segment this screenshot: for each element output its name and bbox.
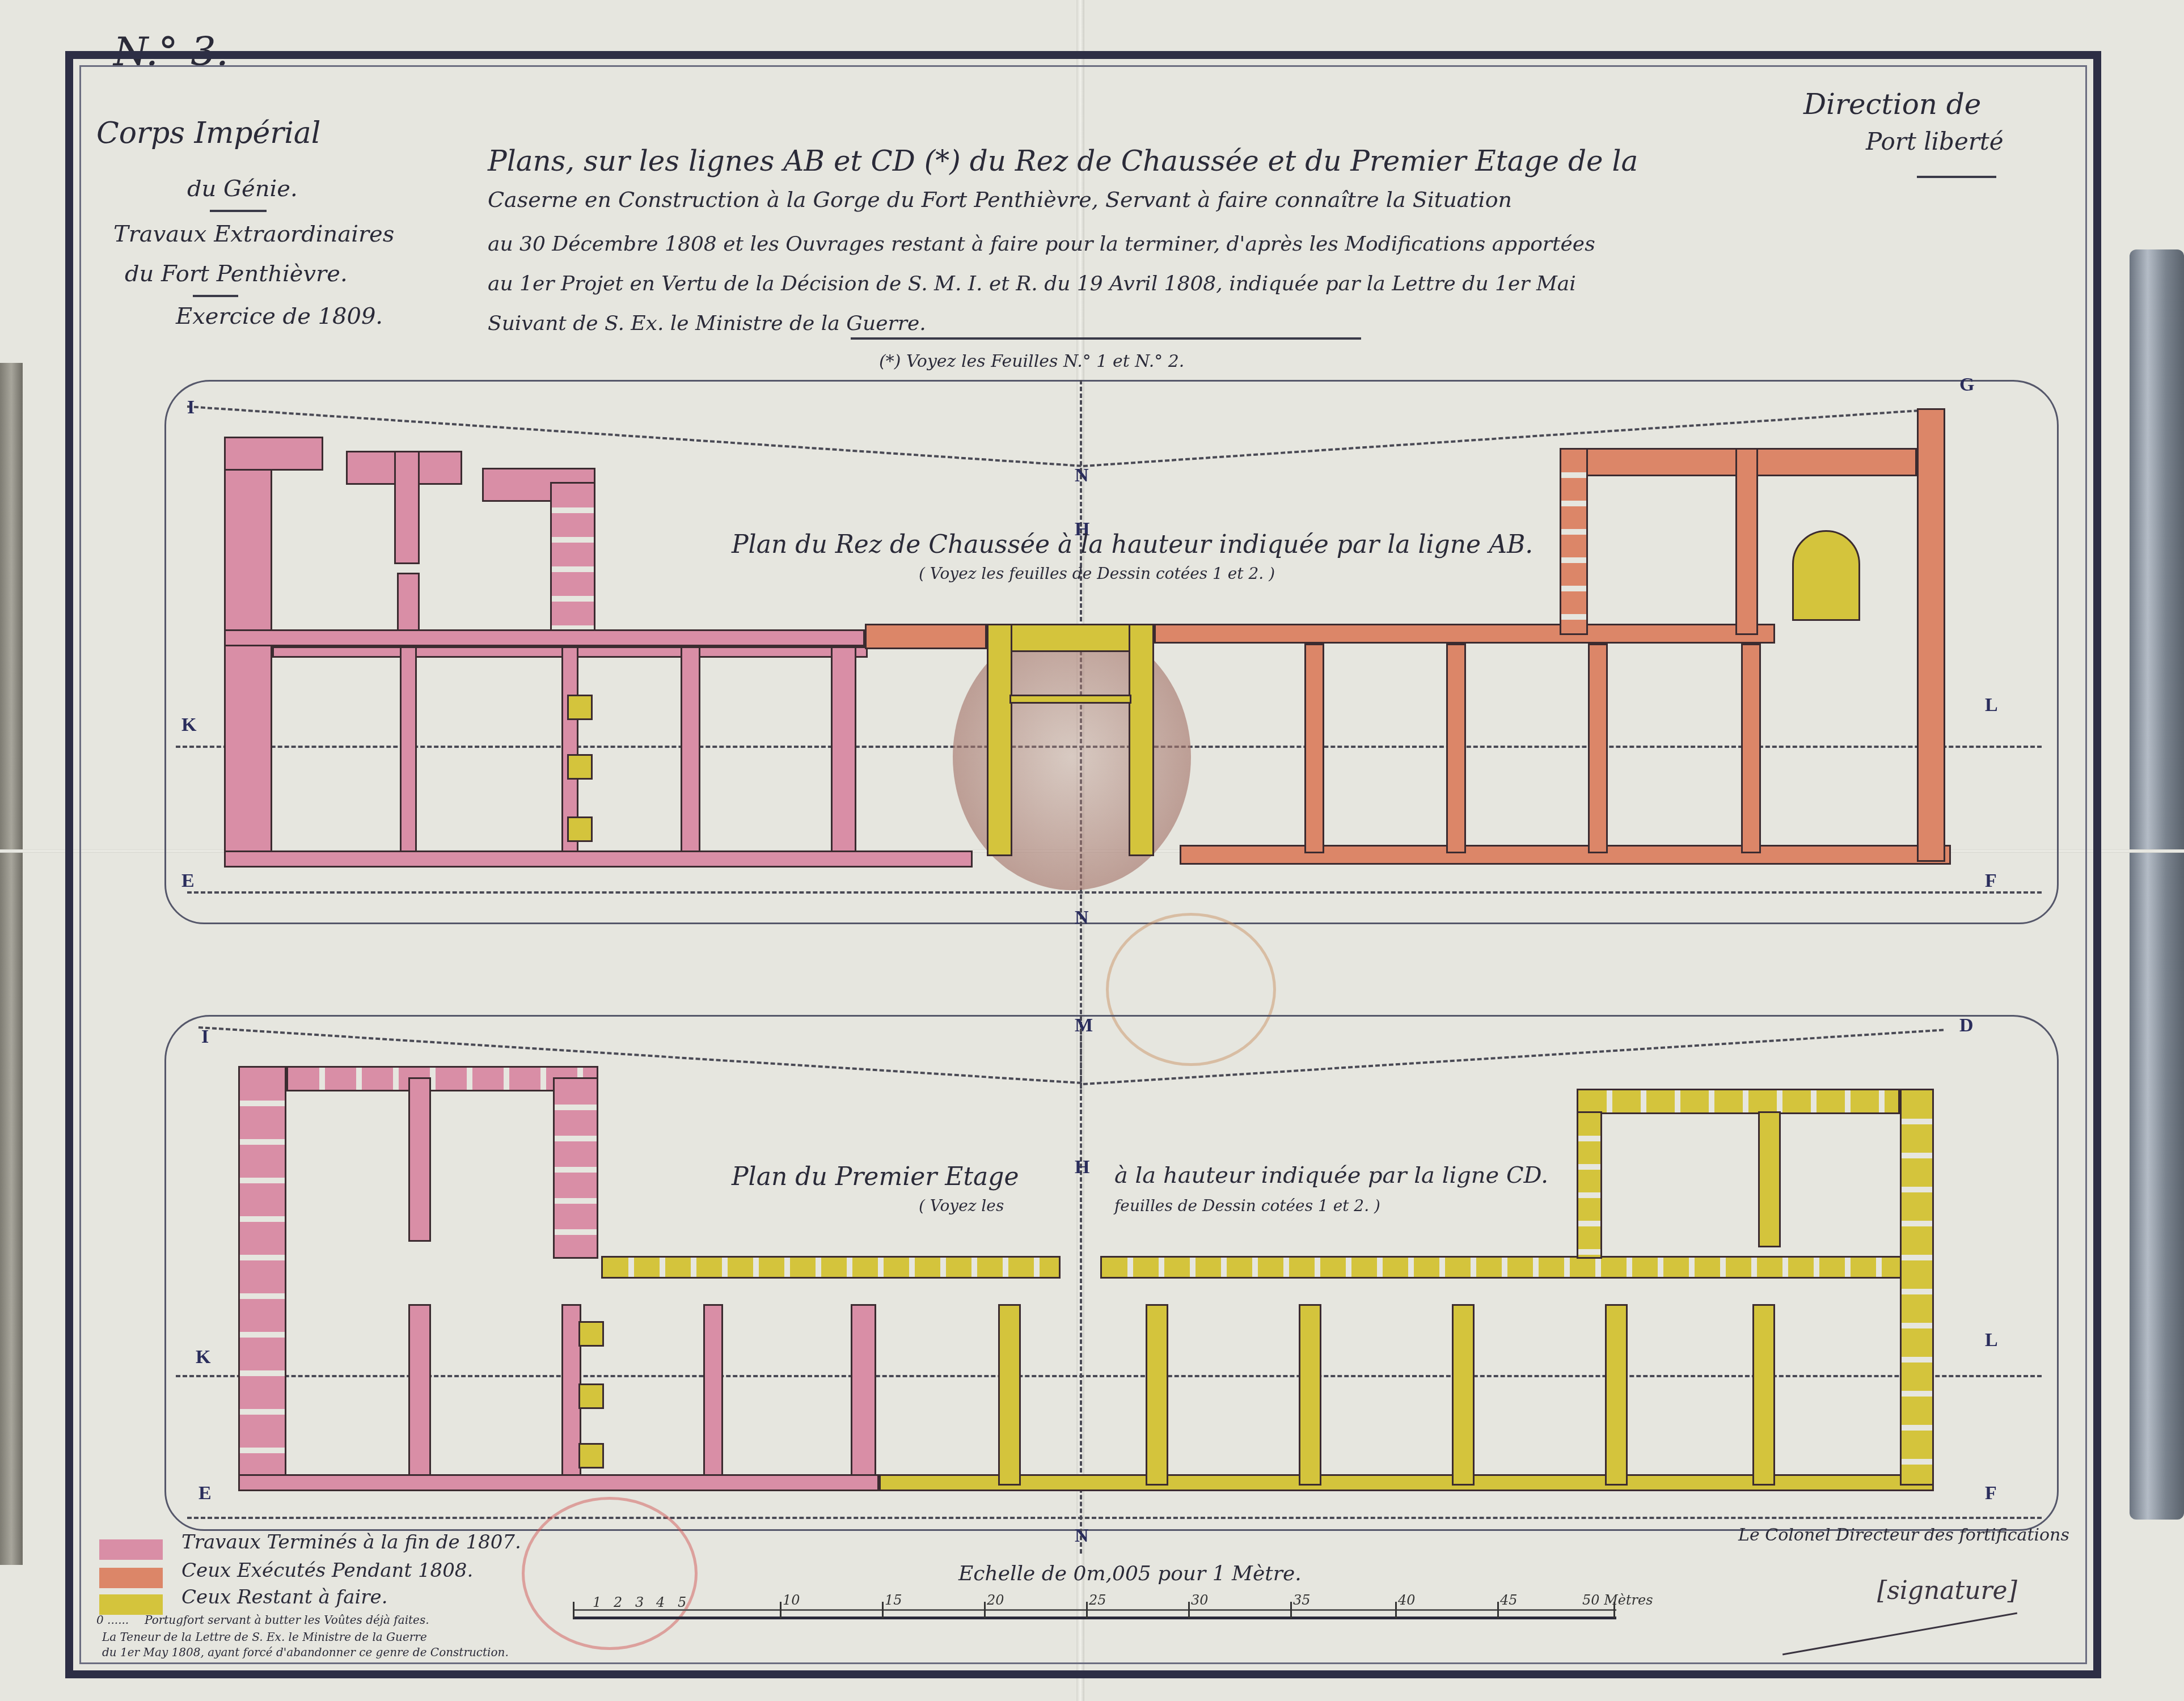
wall-yellow <box>1452 1304 1475 1486</box>
header-left-line1: Corps Impérial <box>96 116 320 150</box>
label-H: H <box>1075 1157 1089 1178</box>
wall-pink-buttresses <box>286 1066 598 1091</box>
wall-orange-front <box>1180 845 1951 865</box>
legend-swatch-1 <box>99 1539 163 1560</box>
wall-orange-end <box>1917 408 1945 862</box>
wall-yellow-buttresses <box>1100 1256 1923 1279</box>
scale-tick-label: 15 <box>885 1592 902 1608</box>
wall-pink <box>408 1077 431 1242</box>
scale-tick-label: 50 Mètres <box>1582 1592 1653 1608</box>
wall-pink-buttresses <box>550 482 595 635</box>
label-M: M <box>1075 1015 1093 1036</box>
scale-line <box>573 1609 1616 1619</box>
wall-orange-corridor <box>1154 624 1775 644</box>
first-axis <box>1080 1015 1082 1554</box>
wall-pink-buttresses <box>238 1066 286 1486</box>
label-K: K <box>181 714 196 736</box>
signature-title: Le Colonel Directeur des fortifications <box>1738 1525 2069 1545</box>
wall-pink <box>224 437 272 868</box>
title-line4: au 1er Projet en Vertu de la Décision de… <box>488 272 1576 295</box>
wall-pink <box>851 1304 876 1491</box>
wall-pink <box>394 451 420 564</box>
label-K: K <box>196 1347 210 1368</box>
scale-tick-label: 20 <box>987 1592 1004 1608</box>
scale-tick-label: 1 <box>593 1594 601 1610</box>
legend-label-2: Ceux Exécutés Pendant 1808. <box>181 1559 473 1582</box>
wall-orange-cross <box>1446 644 1466 853</box>
legend-label-3: Ceux Restant à faire. <box>181 1586 387 1609</box>
wall-yellow <box>998 1304 1021 1486</box>
wall-pink-front <box>224 850 973 868</box>
ground-plan-subtitle: ( Voyez les feuilles de Dessin cotées 1 … <box>919 564 1275 583</box>
wall-yellow-front <box>879 1474 1934 1491</box>
wall-pink-corridor <box>224 629 865 646</box>
scale-tick-label: 40 <box>1398 1592 1416 1608</box>
first-plan-subtitle-left: ( Voyez les <box>919 1196 1004 1215</box>
wall-pink <box>703 1304 723 1491</box>
signature-name: [signature] <box>1877 1576 2017 1605</box>
wall-pink-cross <box>831 646 856 868</box>
wall-orange-buttresses <box>1560 448 1588 635</box>
title-line1: Plans, sur les lignes AB et CD (*) du Re… <box>488 145 1638 177</box>
scale-tick-label: 30 <box>1191 1592 1209 1608</box>
wall-orange-cross <box>1741 644 1761 853</box>
label-I: I <box>187 397 195 418</box>
portugfort-marker <box>567 754 593 780</box>
header-left-line5: Exercice de 1809. <box>176 303 383 329</box>
wall-yellow <box>987 624 1012 856</box>
scale-tick-label: 10 <box>783 1592 800 1608</box>
header-right-line1: Direction de <box>1803 88 1981 121</box>
wall-yellow-buttresses <box>1577 1111 1602 1259</box>
scale-tick-label: 2 <box>614 1594 622 1610</box>
wall-orange <box>865 624 987 649</box>
scale-tick <box>1290 1602 1292 1619</box>
label-E: E <box>198 1483 212 1504</box>
scale-tick <box>984 1602 986 1619</box>
legend-note-1: Portugfort servant à butter les Voûtes d… <box>145 1613 429 1627</box>
wall-pink-cross <box>400 646 417 868</box>
scale-tick-label: 4 <box>656 1594 665 1610</box>
wall-orange-cross <box>1304 644 1324 853</box>
label-E: E <box>181 870 195 892</box>
header-left-line4: du Fort Penthièvre. <box>125 261 348 287</box>
scale-tick <box>1395 1602 1397 1619</box>
wall-pink-front <box>238 1474 879 1491</box>
header-left-line2: du Génie. <box>187 176 298 202</box>
portugfort-marker <box>578 1383 604 1409</box>
first-plan-subtitle-right: feuilles de Dessin cotées 1 et 2. ) <box>1114 1196 1380 1215</box>
scale-tick-label: 25 <box>1089 1592 1106 1608</box>
wall-yellow <box>1129 624 1154 856</box>
scale-tick-label: 3 <box>635 1594 644 1610</box>
wall-yellow <box>1146 1304 1168 1486</box>
wall-yellow-buttresses <box>1900 1089 1934 1486</box>
scale-tick <box>882 1602 884 1619</box>
scale-tick <box>1188 1602 1190 1619</box>
wall-pink <box>224 437 323 471</box>
label-F: F <box>1985 1483 1997 1504</box>
label-L: L <box>1985 1330 1998 1351</box>
wall-orange <box>1735 448 1758 635</box>
legend-note-3: du 1er May 1808, ayant forcé d'abandonne… <box>102 1645 509 1659</box>
header-left-line3: Travaux Extraordinaires <box>113 221 394 247</box>
legend-note-marker: 0 ...... <box>96 1613 129 1627</box>
ground-line-EF <box>187 891 2042 894</box>
portugfort-marker <box>567 695 593 720</box>
first-plan-title-left: Plan du Premier Etage <box>732 1162 1019 1191</box>
wall-yellow <box>1758 1111 1781 1247</box>
wall-yellow-buttresses <box>1577 1089 1900 1114</box>
label-N: N <box>1075 1525 1089 1547</box>
title-footnote: (*) Voyez les Feuilles N.° 1 et N.° 2. <box>879 352 1184 371</box>
first-plan-title-right: à la hauteur indiquée par la ligne CD. <box>1114 1162 1548 1188</box>
wall-yellow <box>1605 1304 1628 1486</box>
label-D: D <box>1959 1015 1974 1036</box>
header-right-line2: Port liberté <box>1866 128 2004 155</box>
wall-pink <box>408 1304 431 1491</box>
legend-swatch-3 <box>99 1594 163 1615</box>
portugfort-marker <box>578 1443 604 1469</box>
scale-label: Echelle de 0m,005 pour 1 Mètre. <box>958 1562 1302 1585</box>
label-I: I <box>201 1026 209 1048</box>
ground-plan-title: Plan du Rez de Chaussée à la hauteur ind… <box>732 530 1533 559</box>
header-left-rule <box>210 210 267 212</box>
wall-pink-cross <box>681 646 700 868</box>
first-line-EF <box>187 1517 2042 1519</box>
wall-pink-buttresses <box>553 1077 598 1259</box>
right-roll-weight <box>2130 249 2184 1520</box>
scale-tick <box>1497 1602 1499 1619</box>
wall-yellow-buttresses <box>601 1256 1061 1279</box>
label-N-top: N <box>1075 465 1089 486</box>
title-line2: Caserne en Construction à la Gorge du Fo… <box>488 187 1512 212</box>
title-line5: Suivant de S. Ex. le Ministre de la Guer… <box>488 312 926 335</box>
scale-tick <box>780 1602 781 1619</box>
title-rule <box>851 337 1361 340</box>
left-roll-edge <box>0 363 23 1565</box>
red-stamp <box>522 1497 698 1650</box>
wall-orange-cross <box>1588 644 1608 853</box>
label-N-bottom: N <box>1075 907 1089 929</box>
scale-tick-label: 35 <box>1293 1592 1311 1608</box>
legend-note-2: La Teneur de la Lettre de S. Ex. le Mini… <box>102 1630 427 1644</box>
wall-yellow <box>1299 1304 1321 1486</box>
portugfort-marker <box>567 816 593 842</box>
oven-yellow <box>1792 530 1860 621</box>
label-L: L <box>1985 695 1998 716</box>
scale-tick-label: 5 <box>678 1594 686 1610</box>
header-left-rule2 <box>193 295 238 297</box>
header-right-rule <box>1917 176 1996 178</box>
label-G: G <box>1959 374 1974 396</box>
wall-yellow <box>1009 695 1131 704</box>
legend-label-1: Travaux Terminés à la fin de 1807. <box>181 1531 521 1554</box>
scale-tick <box>573 1602 574 1619</box>
legend-swatch-2 <box>99 1568 163 1588</box>
title-line3: au 30 Décembre 1808 et les Ouvrages rest… <box>488 232 1595 256</box>
scale-tick-label: 45 <box>1500 1592 1518 1608</box>
portugfort-marker <box>578 1321 604 1347</box>
label-F: F <box>1985 870 1997 892</box>
scale-tick <box>1086 1602 1088 1619</box>
wall-yellow <box>1752 1304 1775 1486</box>
